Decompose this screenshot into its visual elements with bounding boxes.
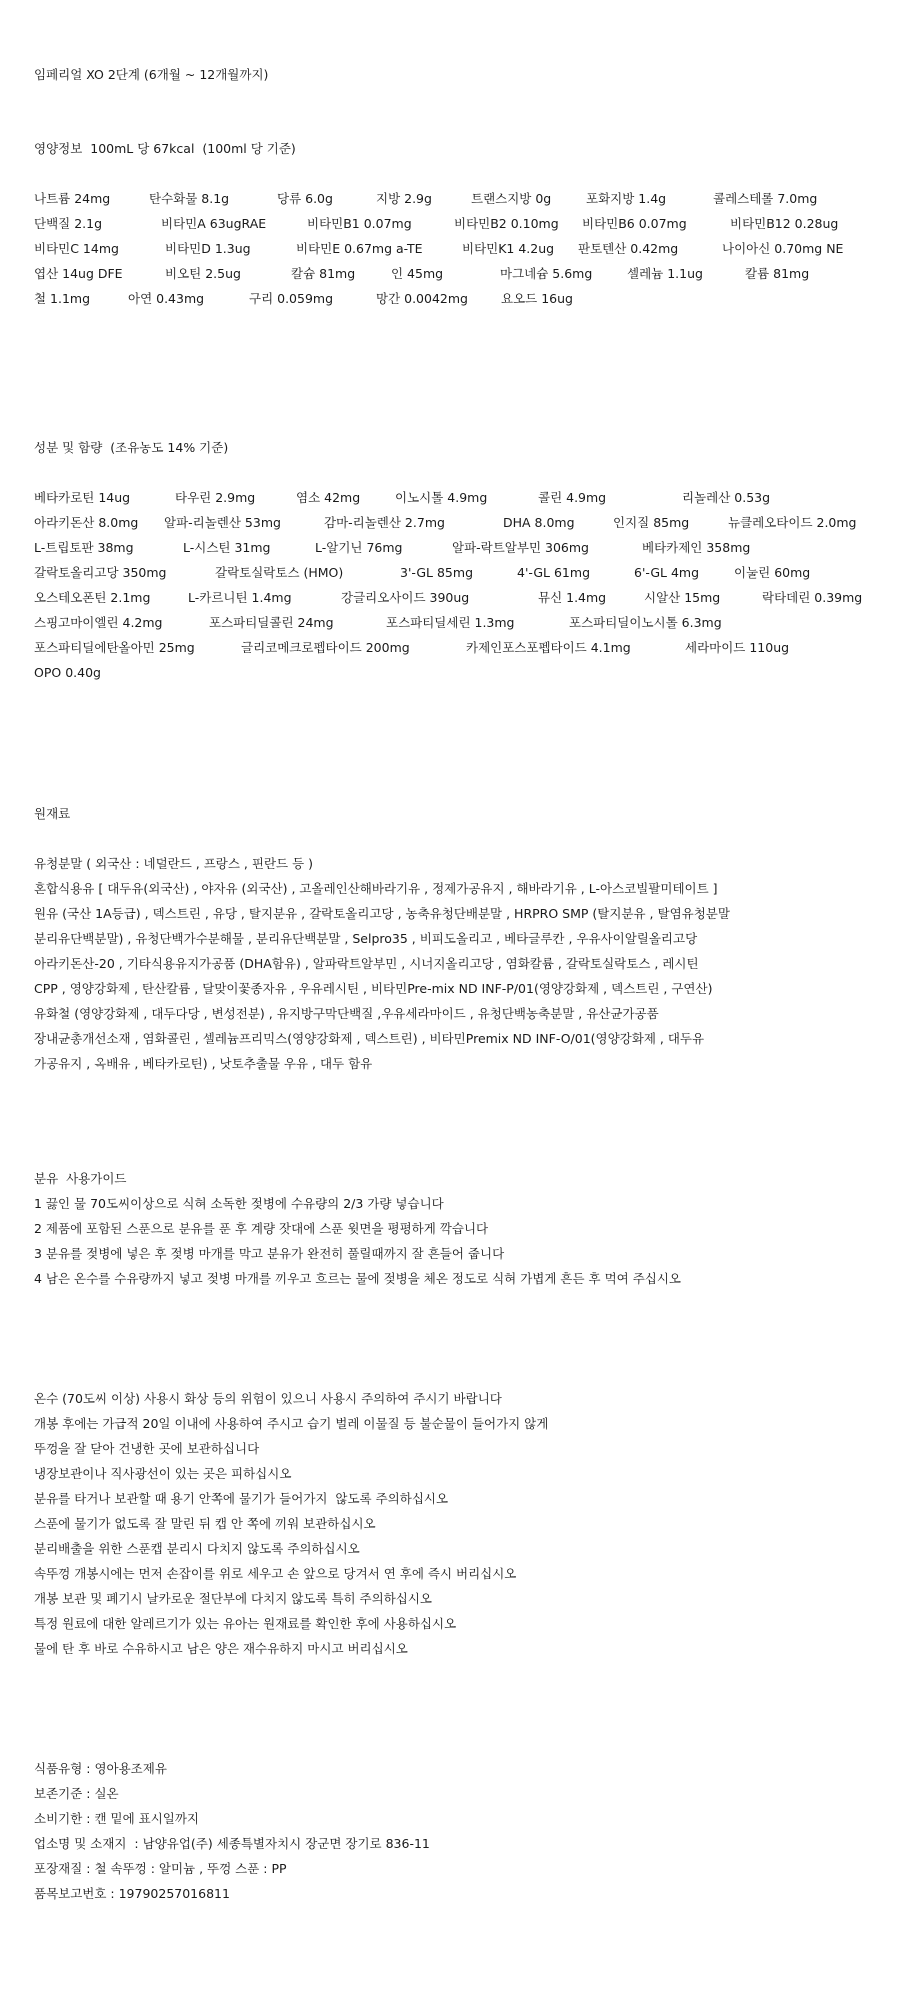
content-item: 3'-GL 85mg (400, 565, 473, 581)
nutrient-item: 나이아신 0.70mg NE (722, 241, 843, 257)
nutrient-item: 비타민A 63ugRAE (161, 216, 266, 232)
raw-material-line: 아라키돈산-20 , 기타식용유지가공품 (DHA함유) , 알파락트알부민 ,… (34, 956, 699, 972)
content-item: 감마-리놀렌산 2.7mg (324, 515, 445, 531)
content-item: 아라키돈산 8.0mg (34, 515, 138, 531)
product-info-line: 소비기한 : 캔 밑에 표시일까지 (34, 1811, 199, 1827)
nutrient-item: 포화지방 1.4g (586, 191, 666, 207)
nutrient-item: 망간 0.0042mg (376, 291, 468, 307)
caution-line: 분리배출을 위한 스푼캡 분리시 다치지 않도록 주의하십시오 (34, 1541, 360, 1557)
caution-line: 속뚜껑 개봉시에는 먼저 손잡이를 위로 세우고 손 앞으로 당겨서 연 후에 … (34, 1566, 516, 1582)
content-item: 갈락토실락토스 (HMO) (215, 565, 343, 581)
usage-step: 2 제품에 포함된 스푼으로 분유를 푼 후 계량 잣대에 스푼 윗면을 평평하… (34, 1221, 488, 1237)
product-info-line: 보존기준 : 실온 (34, 1786, 119, 1802)
content-item: 염소 42mg (296, 490, 360, 506)
nutrient-item: 아연 0.43mg (128, 291, 204, 307)
content-item: L-시스틴 31mg (183, 540, 270, 556)
nutrient-item: 비타민C 14mg (34, 241, 119, 257)
content-item: 베타카제인 358mg (642, 540, 750, 556)
nutrient-item: 마그네슘 5.6mg (500, 266, 592, 282)
nutrient-item: 구리 0.059mg (249, 291, 333, 307)
nutrient-item: 요오드 16ug (501, 291, 573, 307)
nutrition-row: 나트륨 24mg 탄수화물 8.1g 당류 6.0g 지방 2.9g 트랜스지방… (34, 191, 42, 207)
content-item: 베타카로틴 14ug (34, 490, 130, 506)
usage-step: 3 분유를 젖병에 넣은 후 젖병 마개를 막고 분유가 완전히 풀릴때까지 잘… (34, 1246, 504, 1262)
raw-material-line: 장내균총개선소재 , 염화콜린 , 셀레늄프리믹스(영양강화제 , 덱스트린) … (34, 1031, 704, 1047)
nutrient-item: 칼륨 81mg (745, 266, 809, 282)
nutrient-item: 비타민B6 0.07mg (582, 216, 687, 232)
product-info-line: 품목보고번호 : 19790257016811 (34, 1886, 230, 1902)
product-info-line: 업소명 및 소재지 : 남양유업(주) 세종특별자치시 장군면 장기로 836-… (34, 1836, 430, 1852)
nutrient-item: 트랜스지방 0g (471, 191, 551, 207)
product-info-line: 식품유형 : 영아용조제유 (34, 1761, 167, 1777)
nutrient-item: 콜레스테롤 7.0mg (713, 191, 817, 207)
content-row: 갈락토올리고당 350mg 갈락토실락토스 (HMO) 3'-GL 85mg 4… (34, 565, 42, 581)
content-row: 스핑고마이엘린 4.2mg 포스파티딜콜린 24mg 포스파티딜세린 1.3mg… (34, 615, 42, 631)
caution-line: 냉장보관이나 직사광선이 있는 곳은 피하십시오 (34, 1466, 291, 1482)
raw-material-line: 유화철 (영양강화제 , 대두다당 , 변성전분) , 유지방구막단백질 ,우유… (34, 1006, 659, 1022)
nutrient-item: 비타민B2 0.10mg (454, 216, 559, 232)
content-item: L-카르니틴 1.4mg (188, 590, 292, 606)
content-row: OPO 0.40g (34, 665, 42, 681)
usage-step: 1 끓인 물 70도씨이상으로 식혀 소독한 젖병에 수유량의 2/3 가량 넣… (34, 1196, 444, 1212)
caution-line: 스푼에 물기가 없도록 잘 말린 뒤 캡 안 쪽에 끼워 보관하십시오 (34, 1516, 376, 1532)
caution-line: 뚜껑을 잘 닫아 건냉한 곳에 보관하십니다 (34, 1441, 259, 1457)
content-item: 콜린 4.9mg (538, 490, 606, 506)
nutrient-item: 철 1.1mg (34, 291, 90, 307)
raw-material-line: 가공유지 , 옥배유 , 베타카로틴) , 낫토추출물 우유 , 대두 함유 (34, 1056, 372, 1072)
content-item: 뉴클레오타이드 2.0mg (728, 515, 857, 531)
caution-line: 온수 (70도씨 이상) 사용시 화상 등의 위험이 있으니 사용시 주의하여 … (34, 1391, 502, 1407)
content-item: L-트립토판 38mg (34, 540, 134, 556)
content-item: 포스파티딜세린 1.3mg (386, 615, 515, 631)
raw-material-line: 분리유단백분말) , 유청단백가수분해물 , 분리유단백분말 , Selpro3… (34, 931, 697, 947)
content-row: L-트립토판 38mg L-시스틴 31mg L-알기닌 76mg 알파-락트알… (34, 540, 42, 556)
content-item: 락타데린 0.39mg (762, 590, 862, 606)
content-item: 4'-GL 61mg (517, 565, 590, 581)
caution-line: 물에 탄 후 바로 수유하시고 남은 양은 재수유하지 마시고 버리십시오 (34, 1641, 408, 1657)
caution-line: 분유를 타거나 보관할 때 용기 안쪽에 물기가 들어가지 않도록 주의하십시오 (34, 1491, 448, 1507)
usage-guide-heading: 분유 사용가이드 (34, 1171, 126, 1187)
raw-material-line: 유청분말 ( 외국산 : 네덜란드 , 프랑스 , 핀란드 등 ) (34, 856, 313, 872)
nutrient-item: 단백질 2.1g (34, 216, 102, 232)
caution-line: 개봉 보관 및 폐기시 날카로운 절단부에 다치지 않도록 특히 주의하십시오 (34, 1591, 432, 1607)
content-item: 타우린 2.9mg (175, 490, 255, 506)
content-item: 스핑고마이엘린 4.2mg (34, 615, 163, 631)
content-item: 이노시톨 4.9mg (395, 490, 487, 506)
content-item: 포스파티딜콜린 24mg (209, 615, 334, 631)
content-item: 오스테오폰틴 2.1mg (34, 590, 150, 606)
nutrient-item: 셀레늄 1.1ug (627, 266, 703, 282)
nutrient-item: 비타민B1 0.07mg (307, 216, 412, 232)
content-item: 강글리오사이드 390ug (341, 590, 469, 606)
raw-materials-heading: 원재료 (34, 806, 70, 822)
content-item: 시알산 15mg (644, 590, 720, 606)
content-item: 알파-락트알부민 306mg (452, 540, 589, 556)
usage-step: 4 남은 온수를 수유량까지 넣고 젖병 마개를 끼우고 흐르는 물에 젖병을 … (34, 1271, 681, 1287)
nutrition-row: 비타민C 14mg 비타민D 1.3ug 비타민E 0.67mg a-TE 비타… (34, 241, 42, 257)
nutrition-row: 엽산 14ug DFE 비오틴 2.5ug 칼슘 81mg 인 45mg 마그네… (34, 266, 42, 282)
nutrition-heading: 영양정보 100mL 당 67kcal (100ml 당 기준) (34, 141, 296, 157)
content-item: 리놀레산 0.53g (682, 490, 770, 506)
content-row: 포스파티딜에탄올아민 25mg 글리코메크로펩타이드 200mg 카제인포스포펩… (34, 640, 42, 656)
content-row: 아라키돈산 8.0mg 알파-리놀렌산 53mg 감마-리놀렌산 2.7mg D… (34, 515, 42, 531)
nutrient-item: 칼슘 81mg (291, 266, 355, 282)
raw-material-line: 원유 (국산 1A등급) , 덱스트린 , 유당 , 탈지분유 , 갈락토올리고… (34, 906, 730, 922)
nutrient-item: 비타민B12 0.28ug (730, 216, 838, 232)
nutrient-item: 지방 2.9g (376, 191, 432, 207)
nutrient-item: 비타민D 1.3ug (165, 241, 251, 257)
nutrition-row: 단백질 2.1g 비타민A 63ugRAE 비타민B1 0.07mg 비타민B2… (34, 216, 42, 232)
product-title: 임페리얼 XO 2단계 (6개월 ~ 12개월까지) (34, 67, 268, 83)
content-item: 글리코메크로펩타이드 200mg (241, 640, 410, 656)
content-item: L-알기닌 76mg (315, 540, 402, 556)
content-item: DHA 8.0mg (503, 515, 575, 531)
content-item: 뮤신 1.4mg (538, 590, 606, 606)
content-item: 카제인포스포펩타이드 4.1mg (466, 640, 631, 656)
content-row: 오스테오폰틴 2.1mg L-카르니틴 1.4mg 강글리오사이드 390ug … (34, 590, 42, 606)
nutrition-row: 철 1.1mg 아연 0.43mg 구리 0.059mg 망간 0.0042mg… (34, 291, 42, 307)
content-item: 포스파티딜에탄올아민 25mg (34, 640, 195, 656)
caution-line: 특정 원료에 대한 알레르기가 있는 유아는 원재료를 확인한 후에 사용하십시… (34, 1616, 456, 1632)
content-item: 포스파티딜이노시톨 6.3mg (569, 615, 722, 631)
caution-line: 개봉 후에는 가급적 20일 이내에 사용하여 주시고 습기 벌레 이물질 등 … (34, 1416, 548, 1432)
content-item: OPO 0.40g (34, 665, 101, 681)
content-item: 알파-리놀렌산 53mg (164, 515, 281, 531)
nutrient-item: 비타민K1 4.2ug (462, 241, 554, 257)
raw-material-line: 혼합식용유 [ 대두유(외국산) , 야자유 (외국산) , 고올레인산해바라기… (34, 881, 718, 897)
nutrient-item: 탄수화물 8.1g (149, 191, 229, 207)
content-row: 베타카로틴 14ug 타우린 2.9mg 염소 42mg 이노시톨 4.9mg … (34, 490, 42, 506)
raw-material-line: CPP , 영양강화제 , 탄산칼륨 , 달맞이꽃종자유 , 우유레시틴 , 비… (34, 981, 712, 997)
nutrient-item: 판토텐산 0.42mg (578, 241, 678, 257)
content-item: 6'-GL 4mg (634, 565, 699, 581)
content-item: 세라마이드 110ug (685, 640, 789, 656)
nutrient-item: 인 45mg (391, 266, 443, 282)
nutrient-item: 당류 6.0g (277, 191, 333, 207)
content-item: 인지질 85mg (613, 515, 689, 531)
content-item: 갈락토올리고당 350mg (34, 565, 166, 581)
product-info-line: 포장재질 : 철 속뚜껑 : 알미늄 , 뚜껑 스푼 : PP (34, 1861, 287, 1877)
nutrient-item: 나트륨 24mg (34, 191, 110, 207)
nutrient-item: 비타민E 0.67mg a-TE (296, 241, 423, 257)
content-item: 이눌린 60mg (734, 565, 810, 581)
ingredients-content-heading: 성분 및 함량 (조유농도 14% 기준) (34, 440, 228, 456)
nutrient-item: 비오틴 2.5ug (165, 266, 241, 282)
nutrient-item: 엽산 14ug DFE (34, 266, 123, 282)
